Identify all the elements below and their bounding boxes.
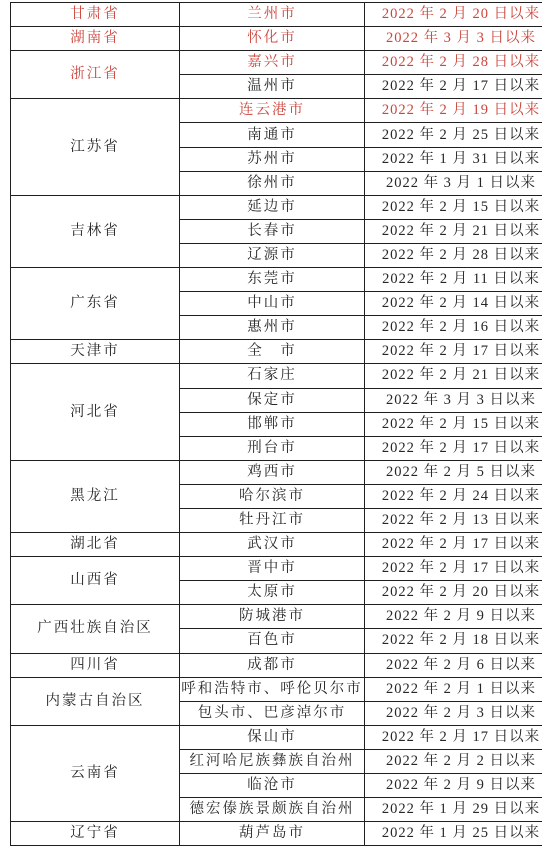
city-cell: 牡丹江市 (180, 508, 365, 532)
table-row: 甘肃省兰州市2022 年 2 月 20 日以来 (11, 3, 542, 27)
province-cell: 云南省 (11, 725, 180, 821)
city-cell: 晋中市 (180, 557, 365, 581)
city-cell: 保山市 (180, 725, 365, 749)
date-cell: 2022 年 2 月 17 日以来 (365, 533, 542, 557)
province-cell: 甘肃省 (11, 3, 180, 27)
date-cell: 2022 年 2 月 24 日以来 (365, 484, 542, 508)
city-cell: 保定市 (180, 388, 365, 412)
city-cell: 嘉兴市 (180, 51, 365, 75)
city-cell: 临沧市 (180, 774, 365, 798)
city-cell: 哈尔滨市 (180, 484, 365, 508)
date-cell: 2022 年 2 月 28 日以来 (365, 243, 542, 267)
city-cell: 长春市 (180, 219, 365, 243)
date-cell: 2022 年 2 月 28 日以来 (365, 51, 542, 75)
city-cell: 葫芦岛市 (180, 822, 365, 846)
date-cell: 2022 年 2 月 21 日以来 (365, 364, 542, 388)
table-row: 广东省东莞市2022 年 2 月 11 日以来 (11, 268, 542, 292)
city-cell: 成都市 (180, 653, 365, 677)
city-cell: 温州市 (180, 75, 365, 99)
city-cell: 连云港市 (180, 99, 365, 123)
date-cell: 2022 年 2 月 20 日以来 (365, 3, 542, 27)
city-cell: 防城港市 (180, 605, 365, 629)
date-cell: 2022 年 2 月 3 日以来 (365, 701, 542, 725)
date-cell: 2022 年 2 月 14 日以来 (365, 292, 542, 316)
city-cell: 怀化市 (180, 27, 365, 51)
province-cell: 黑龙江 (11, 460, 180, 532)
city-cell: 苏州市 (180, 147, 365, 171)
date-cell: 2022 年 2 月 16 日以来 (365, 316, 542, 340)
date-cell: 2022 年 3 月 3 日以来 (365, 27, 542, 51)
province-cell: 辽宁省 (11, 822, 180, 846)
city-cell: 鸡西市 (180, 460, 365, 484)
city-cell: 惠州市 (180, 316, 365, 340)
city-cell: 南通市 (180, 123, 365, 147)
table-row: 内蒙古自治区呼和浩特市、呼伦贝尔市2022 年 2 月 1 日以来 (11, 677, 542, 701)
date-cell: 2022 年 2 月 9 日以来 (365, 774, 542, 798)
table-row: 湖南省怀化市2022 年 3 月 3 日以来 (11, 27, 542, 51)
table-row: 浙江省嘉兴市2022 年 2 月 28 日以来 (11, 51, 542, 75)
table-row: 黑龙江鸡西市2022 年 2 月 5 日以来 (11, 460, 542, 484)
date-cell: 2022 年 2 月 9 日以来 (365, 605, 542, 629)
date-cell: 2022 年 2 月 25 日以来 (365, 123, 542, 147)
city-cell: 红河哈尼族彝族自治州 (180, 749, 365, 773)
city-cell: 德宏傣族景颇族自治州 (180, 798, 365, 822)
province-cell: 山西省 (11, 557, 180, 605)
table-row: 天津市全 市2022 年 2 月 17 日以来 (11, 340, 542, 364)
province-cell: 吉林省 (11, 195, 180, 267)
province-cell: 江苏省 (11, 99, 180, 195)
date-cell: 2022 年 2 月 2 日以来 (365, 749, 542, 773)
date-cell: 2022 年 2 月 15 日以来 (365, 412, 542, 436)
province-cell: 内蒙古自治区 (11, 677, 180, 725)
date-cell: 2022 年 2 月 1 日以来 (365, 677, 542, 701)
province-cell: 天津市 (11, 340, 180, 364)
date-cell: 2022 年 2 月 6 日以来 (365, 653, 542, 677)
date-cell: 2022 年 2 月 5 日以来 (365, 460, 542, 484)
city-cell: 辽源市 (180, 243, 365, 267)
date-cell: 2022 年 2 月 17 日以来 (365, 75, 542, 99)
city-cell: 邯郸市 (180, 412, 365, 436)
city-cell: 兰州市 (180, 3, 365, 27)
province-cell: 湖北省 (11, 533, 180, 557)
date-cell: 2022 年 2 月 21 日以来 (365, 219, 542, 243)
city-cell: 全 市 (180, 340, 365, 364)
city-cell: 百色市 (180, 629, 365, 653)
city-cell: 呼和浩特市、呼伦贝尔市 (180, 677, 365, 701)
city-cell: 中山市 (180, 292, 365, 316)
table-row: 广西壮族自治区防城港市2022 年 2 月 9 日以来 (11, 605, 542, 629)
city-cell: 武汉市 (180, 533, 365, 557)
table-row: 吉林省延边市2022 年 2 月 15 日以来 (11, 195, 542, 219)
city-cell: 太原市 (180, 581, 365, 605)
table-row: 湖北省武汉市2022 年 2 月 17 日以来 (11, 533, 542, 557)
date-cell: 2022 年 2 月 20 日以来 (365, 581, 542, 605)
table-row: 山西省晋中市2022 年 2 月 17 日以来 (11, 557, 542, 581)
date-cell: 2022 年 2 月 17 日以来 (365, 436, 542, 460)
date-cell: 2022 年 3 月 1 日以来 (365, 171, 542, 195)
city-cell: 包头市、巴彦淖尔市 (180, 701, 365, 725)
city-cell: 刑台市 (180, 436, 365, 460)
city-cell: 东莞市 (180, 268, 365, 292)
province-cell: 浙江省 (11, 51, 180, 99)
date-cell: 2022 年 2 月 17 日以来 (365, 557, 542, 581)
date-cell: 2022 年 3 月 3 日以来 (365, 388, 542, 412)
table-row: 四川省成都市2022 年 2 月 6 日以来 (11, 653, 542, 677)
province-cell: 广西壮族自治区 (11, 605, 180, 653)
city-cell: 石家庄 (180, 364, 365, 388)
date-cell: 2022 年 2 月 19 日以来 (365, 99, 542, 123)
city-cell: 徐州市 (180, 171, 365, 195)
province-cell: 四川省 (11, 653, 180, 677)
date-cell: 2022 年 1 月 25 日以来 (365, 822, 542, 846)
date-cell: 2022 年 2 月 13 日以来 (365, 508, 542, 532)
city-cell: 延边市 (180, 195, 365, 219)
date-cell: 2022 年 2 月 11 日以来 (365, 268, 542, 292)
table-row: 河北省石家庄2022 年 2 月 21 日以来 (11, 364, 542, 388)
table-row: 辽宁省葫芦岛市2022 年 1 月 25 日以来 (11, 822, 542, 846)
province-cell: 广东省 (11, 268, 180, 340)
date-cell: 2022 年 2 月 15 日以来 (365, 195, 542, 219)
date-cell: 2022 年 1 月 29 日以来 (365, 798, 542, 822)
date-cell: 2022 年 2 月 18 日以来 (365, 629, 542, 653)
document-page: 甘肃省兰州市2022 年 2 月 20 日以来湖南省怀化市2022 年 3 月 … (10, 2, 542, 846)
date-cell: 2022 年 2 月 17 日以来 (365, 725, 542, 749)
risk-area-table: 甘肃省兰州市2022 年 2 月 20 日以来湖南省怀化市2022 年 3 月 … (10, 2, 542, 846)
province-cell: 河北省 (11, 364, 180, 460)
date-cell: 2022 年 2 月 17 日以来 (365, 340, 542, 364)
province-cell: 湖南省 (11, 27, 180, 51)
date-cell: 2022 年 1 月 31 日以来 (365, 147, 542, 171)
table-body: 甘肃省兰州市2022 年 2 月 20 日以来湖南省怀化市2022 年 3 月 … (11, 3, 542, 846)
table-row: 云南省保山市2022 年 2 月 17 日以来 (11, 725, 542, 749)
table-row: 江苏省连云港市2022 年 2 月 19 日以来 (11, 99, 542, 123)
